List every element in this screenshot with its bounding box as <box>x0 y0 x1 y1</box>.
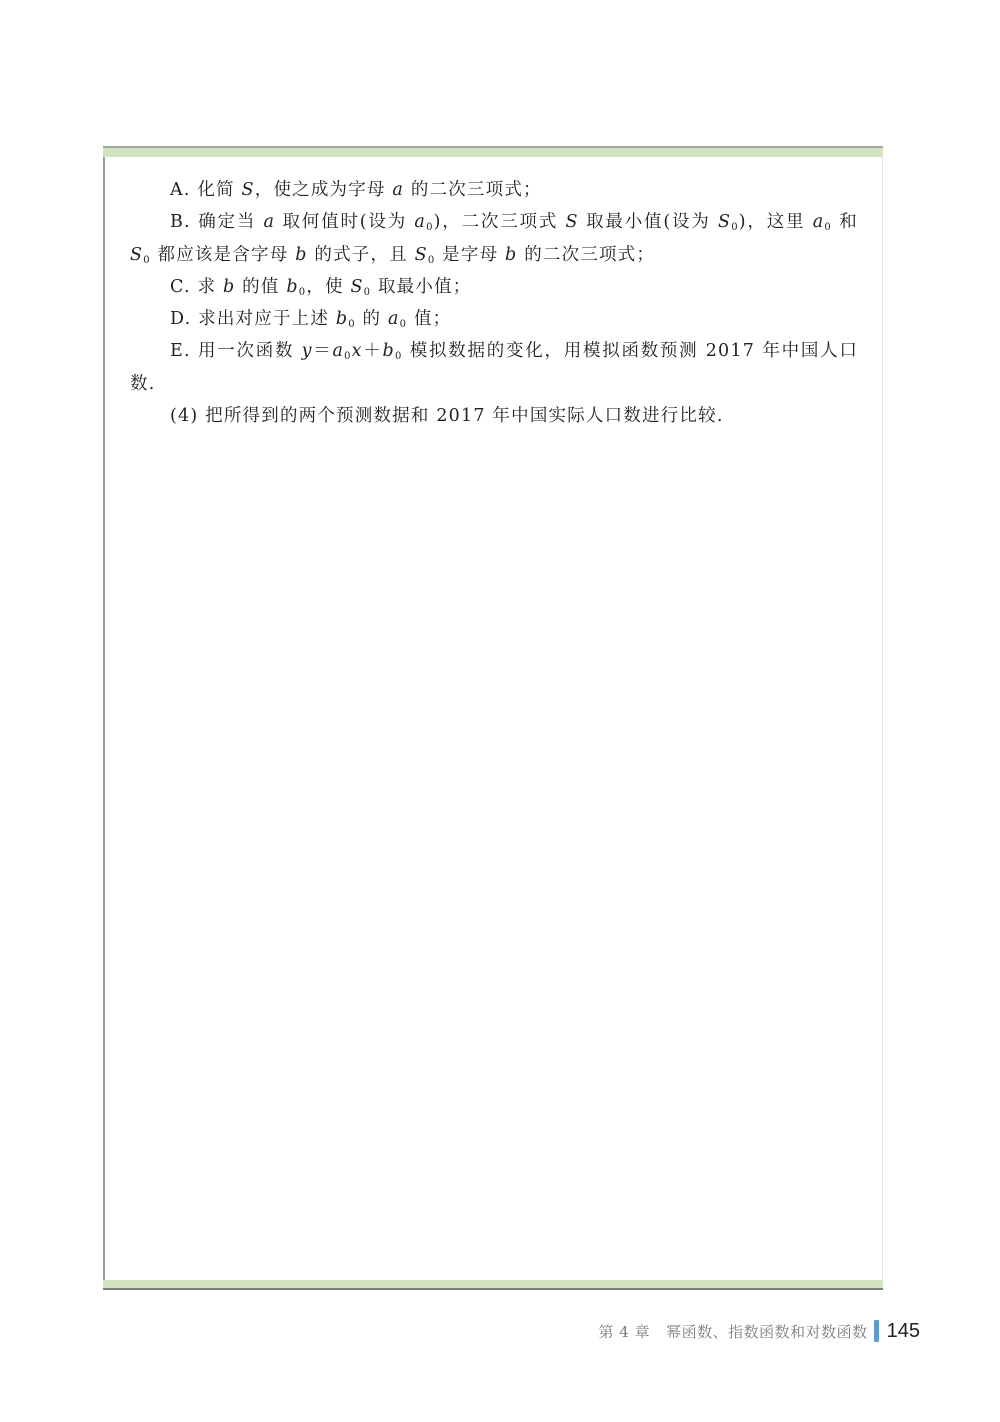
step-4-compare: (4) 把所得到的两个预测数据和 2017 年中国实际人口数进行比较. <box>130 400 858 432</box>
text-run: ，使 <box>306 277 350 297</box>
math-variable: x <box>352 341 363 361</box>
bottom-green-band <box>103 1280 883 1290</box>
text-run: 的式子，且 <box>308 245 415 265</box>
math-variable: S <box>242 180 255 200</box>
step-label: D. <box>170 309 198 329</box>
math-variable: y <box>302 341 313 361</box>
text-run: 值； <box>407 309 451 329</box>
math-variable: b0 <box>286 277 306 297</box>
math-variable: S0 <box>350 277 371 297</box>
text-run: ＋ <box>363 341 383 361</box>
step-label: C. <box>170 277 198 297</box>
text-run: 把所得到的两个预测数据和 2017 年中国实际人口数进行比较. <box>205 406 723 426</box>
chapter-title: 幂函数、指数函数和对数函数 <box>666 1323 868 1341</box>
page-content: A. 化简 S，使之成为字母 a 的二次三项式； B. 确定当 a 取何值时(设… <box>130 174 858 432</box>
text-run: 是字母 <box>435 245 505 265</box>
math-variable: a <box>392 180 404 200</box>
math-variable: a0 <box>813 212 832 232</box>
text-run: 取何值时(设为 <box>275 212 414 232</box>
page-marker-bar <box>874 1320 879 1342</box>
math-variable: b <box>295 245 307 265</box>
math-variable: S0 <box>130 245 151 265</box>
math-variable: b <box>223 277 235 297</box>
math-variable: a <box>264 212 276 232</box>
step-a: A. 化简 S，使之成为字母 a 的二次三项式； <box>130 174 858 206</box>
text-run: 都应该是含字母 <box>151 245 295 265</box>
step-d: D. 求出对应于上述 b0 的 a0 值； <box>130 303 858 335</box>
math-variable: b0 <box>383 341 403 361</box>
page-footer: 第 4 章幂函数、指数函数和对数函数 145 <box>560 1316 920 1346</box>
text-run: 用一次函数 <box>198 341 302 361</box>
text-run: 求 <box>198 277 223 297</box>
step-label: E. <box>170 341 198 361</box>
text-run: 取最小值； <box>371 277 471 297</box>
running-header: 第 4 章幂函数、指数函数和对数函数 <box>599 1321 868 1342</box>
text-run: 确定当 <box>198 212 263 232</box>
text-run: ，使之成为字母 <box>255 180 393 200</box>
text-run: 的二次三项式； <box>404 180 542 200</box>
text-run: )，二次三项式 <box>434 212 566 232</box>
math-variable: b0 <box>336 309 356 329</box>
page-number: 145 <box>887 1320 920 1343</box>
math-variable: a0 <box>414 212 433 232</box>
math-variable: a0 <box>388 309 407 329</box>
math-variable: a0 <box>332 341 351 361</box>
step-e: E. 用一次函数 y＝a0x＋b0 模拟数据的变化，用模拟函数预测 2017 年… <box>130 335 858 400</box>
top-green-band <box>103 146 883 157</box>
text-run: 和 <box>832 212 858 232</box>
text-run: 的值 <box>235 277 286 297</box>
chapter-number: 第 4 章 <box>599 1323 651 1341</box>
math-variable: S <box>566 212 579 232</box>
text-run: 取最小值(设为 <box>579 212 718 232</box>
math-variable: S0 <box>718 212 739 232</box>
text-run: 的二次三项式； <box>517 245 655 265</box>
text-run: 求出对应于上述 <box>198 309 336 329</box>
math-variable: S0 <box>415 245 436 265</box>
step-c: C. 求 b 的值 b0，使 S0 取最小值； <box>130 271 858 303</box>
math-variable: b <box>505 245 517 265</box>
step-label: B. <box>170 212 198 232</box>
step-label: A. <box>170 180 197 200</box>
step-label: (4) <box>170 406 205 426</box>
text-run: ＝ <box>313 341 333 361</box>
text-run: 的 <box>356 309 388 329</box>
text-run: )，这里 <box>739 212 813 232</box>
step-b: B. 确定当 a 取何值时(设为 a0)，二次三项式 S 取最小值(设为 S0)… <box>130 206 858 271</box>
text-run: 化简 <box>197 180 241 200</box>
